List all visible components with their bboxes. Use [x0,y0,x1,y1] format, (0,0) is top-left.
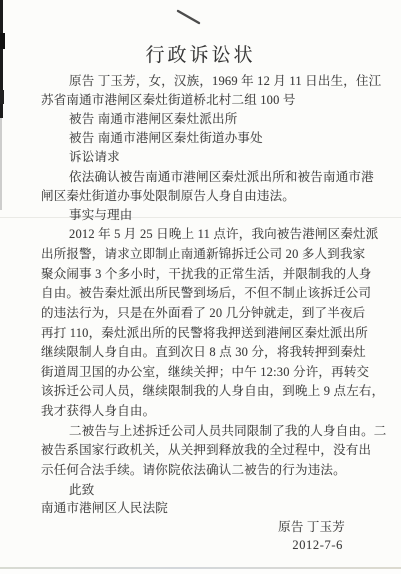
signature-name-line: 原告 丁玉芳 [278,517,345,535]
facts-line-8: 街道周卫国的办公室，继续关押；中午 12:30 分许，再转交 [41,362,369,380]
facts-line-6: 再打 110，秦灶派出所的民警将我押送到港闸区秦灶派出所 [41,323,368,341]
signature-date-line: 2012-7-6 [292,538,343,553]
scanned-document-page: 行政诉讼状 原告 丁玉芳，女，汉族，1969 年 12 月 11 日出生，住江 … [0,0,401,574]
plaintiff-info-line-1: 原告 丁玉芳，女，汉族，1969 年 12 月 11 日出生，住江 [69,71,381,89]
closing-salute-line: 此致 [69,480,94,498]
pen-stroke-mark [170,5,210,30]
claim-line-1: 依法确认被告南通市港闸区秦灶派出所和被告南通市港 [69,167,374,185]
facts-line-3: 聚众闹事 3 个多小时，干扰我的正常生活，并限制我的人身 [41,264,372,282]
facts-line-4: 自由。被告秦灶派出所民警到场后，不但不制止该拆迁公司 [41,283,371,301]
claims-heading-line: 诉讼请求 [69,147,120,165]
conclusion-line-3: 示任何合法手续。请你院依法确认二被告的行为违法。 [41,460,346,478]
claim-line-2: 闸区秦灶街道办事处限制原告人身自由违法。 [41,186,295,204]
defendant-1-line: 被告 南通市港闸区秦灶派出所 [69,109,237,127]
scan-background [0,569,401,574]
facts-line-10: 我才获得人身自由。 [41,401,155,419]
document-title: 行政诉讼状 [0,40,401,67]
facts-heading-line: 事实与理由 [69,205,133,223]
scan-edge-artifact [0,118,2,210]
plaintiff-info-line-2: 苏省南通市港闸区秦灶街道桥北村二组 100 号 [41,90,296,108]
conclusion-line-1: 二被告与上述拆迁公司人员共同限制了我的人身自由。二 [69,421,387,439]
conclusion-line-2: 被告系国家行政机关，从关押到释放我的全过程中，没有出 [41,440,371,458]
facts-line-2: 出所报警，请求立即制止南通新锦拆迁公司 20 多人到我家 [41,244,365,262]
paper-fold-line [0,217,401,218]
facts-line-1: 2012 年 5 月 25 日晚上 11 点许，我向被告港闸区秦灶派 [69,224,378,242]
facts-line-5: 的违法行为，只是在外面看了 20 几分钟就走，到了半夜后 [41,303,365,321]
facts-line-7: 继续限制人身自由。直到次日 8 点 30 分，将我转押到秦灶 [41,342,366,360]
facts-line-9: 该拆迁公司人员，继续限制我的人身自由，到晚上 9 点左右， [41,381,384,399]
defendant-2-line: 被告 南通市港闸区秦灶街道办事处 [69,128,263,146]
scan-edge-artifact [0,90,4,104]
court-name-line: 南通市港闸区人民法院 [41,498,168,516]
